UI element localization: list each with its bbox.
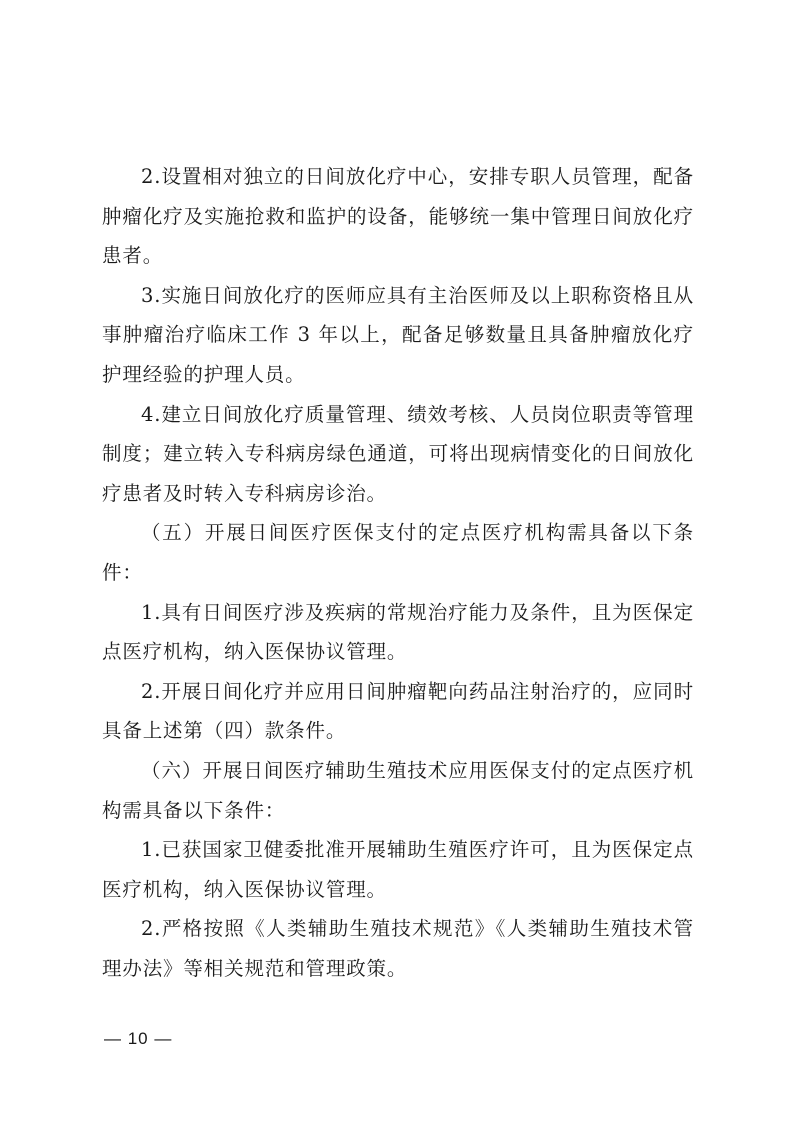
paragraph-item-1-reproduction-license: 1.已获国家卫健委批准开展辅助生殖医疗许可，且为医保定点医疗机构，纳入医保协议管… [102,830,694,909]
page-number: — 10 — [104,1029,172,1049]
section-heading-5-insurance-conditions: （五）开展日间医疗医保支付的定点医疗机构需具备以下条件： [102,513,694,592]
paragraph-item-2-daytime-center: 2.设置相对独立的日间放化疗中心，安排专职人员管理，配备肿瘤化疗及实施抢救和监护… [102,157,694,276]
section-heading-6-assisted-reproduction: （六）开展日间医疗辅助生殖技术应用医保支付的定点医疗机构需具备以下条件： [102,751,694,830]
document-body: 2.设置相对独立的日间放化疗中心，安排专职人员管理，配备肿瘤化疗及实施抢救和监护… [102,157,694,988]
paragraph-item-2-regulations: 2.严格按照《人类辅助生殖技术规范》《人类辅助生殖技术管理办法》等相关规范和管理… [102,909,694,988]
paragraph-item-4-management-system: 4.建立日间放化疗质量管理、绩效考核、人员岗位职责等管理制度；建立转入专科病房绿… [102,395,694,514]
paragraph-item-1-treatment-capability: 1.具有日间医疗涉及疾病的常规治疗能力及条件，且为医保定点医疗机构，纳入医保协议… [102,593,694,672]
paragraph-item-2-targeted-drugs: 2.开展日间化疗并应用日间肿瘤靶向药品注射治疗的，应同时具备上述第（四）款条件。 [102,672,694,751]
paragraph-item-3-physician-qualification: 3.实施日间放化疗的医师应具有主治医师及以上职称资格且从事肿瘤治疗临床工作 3 … [102,276,694,395]
